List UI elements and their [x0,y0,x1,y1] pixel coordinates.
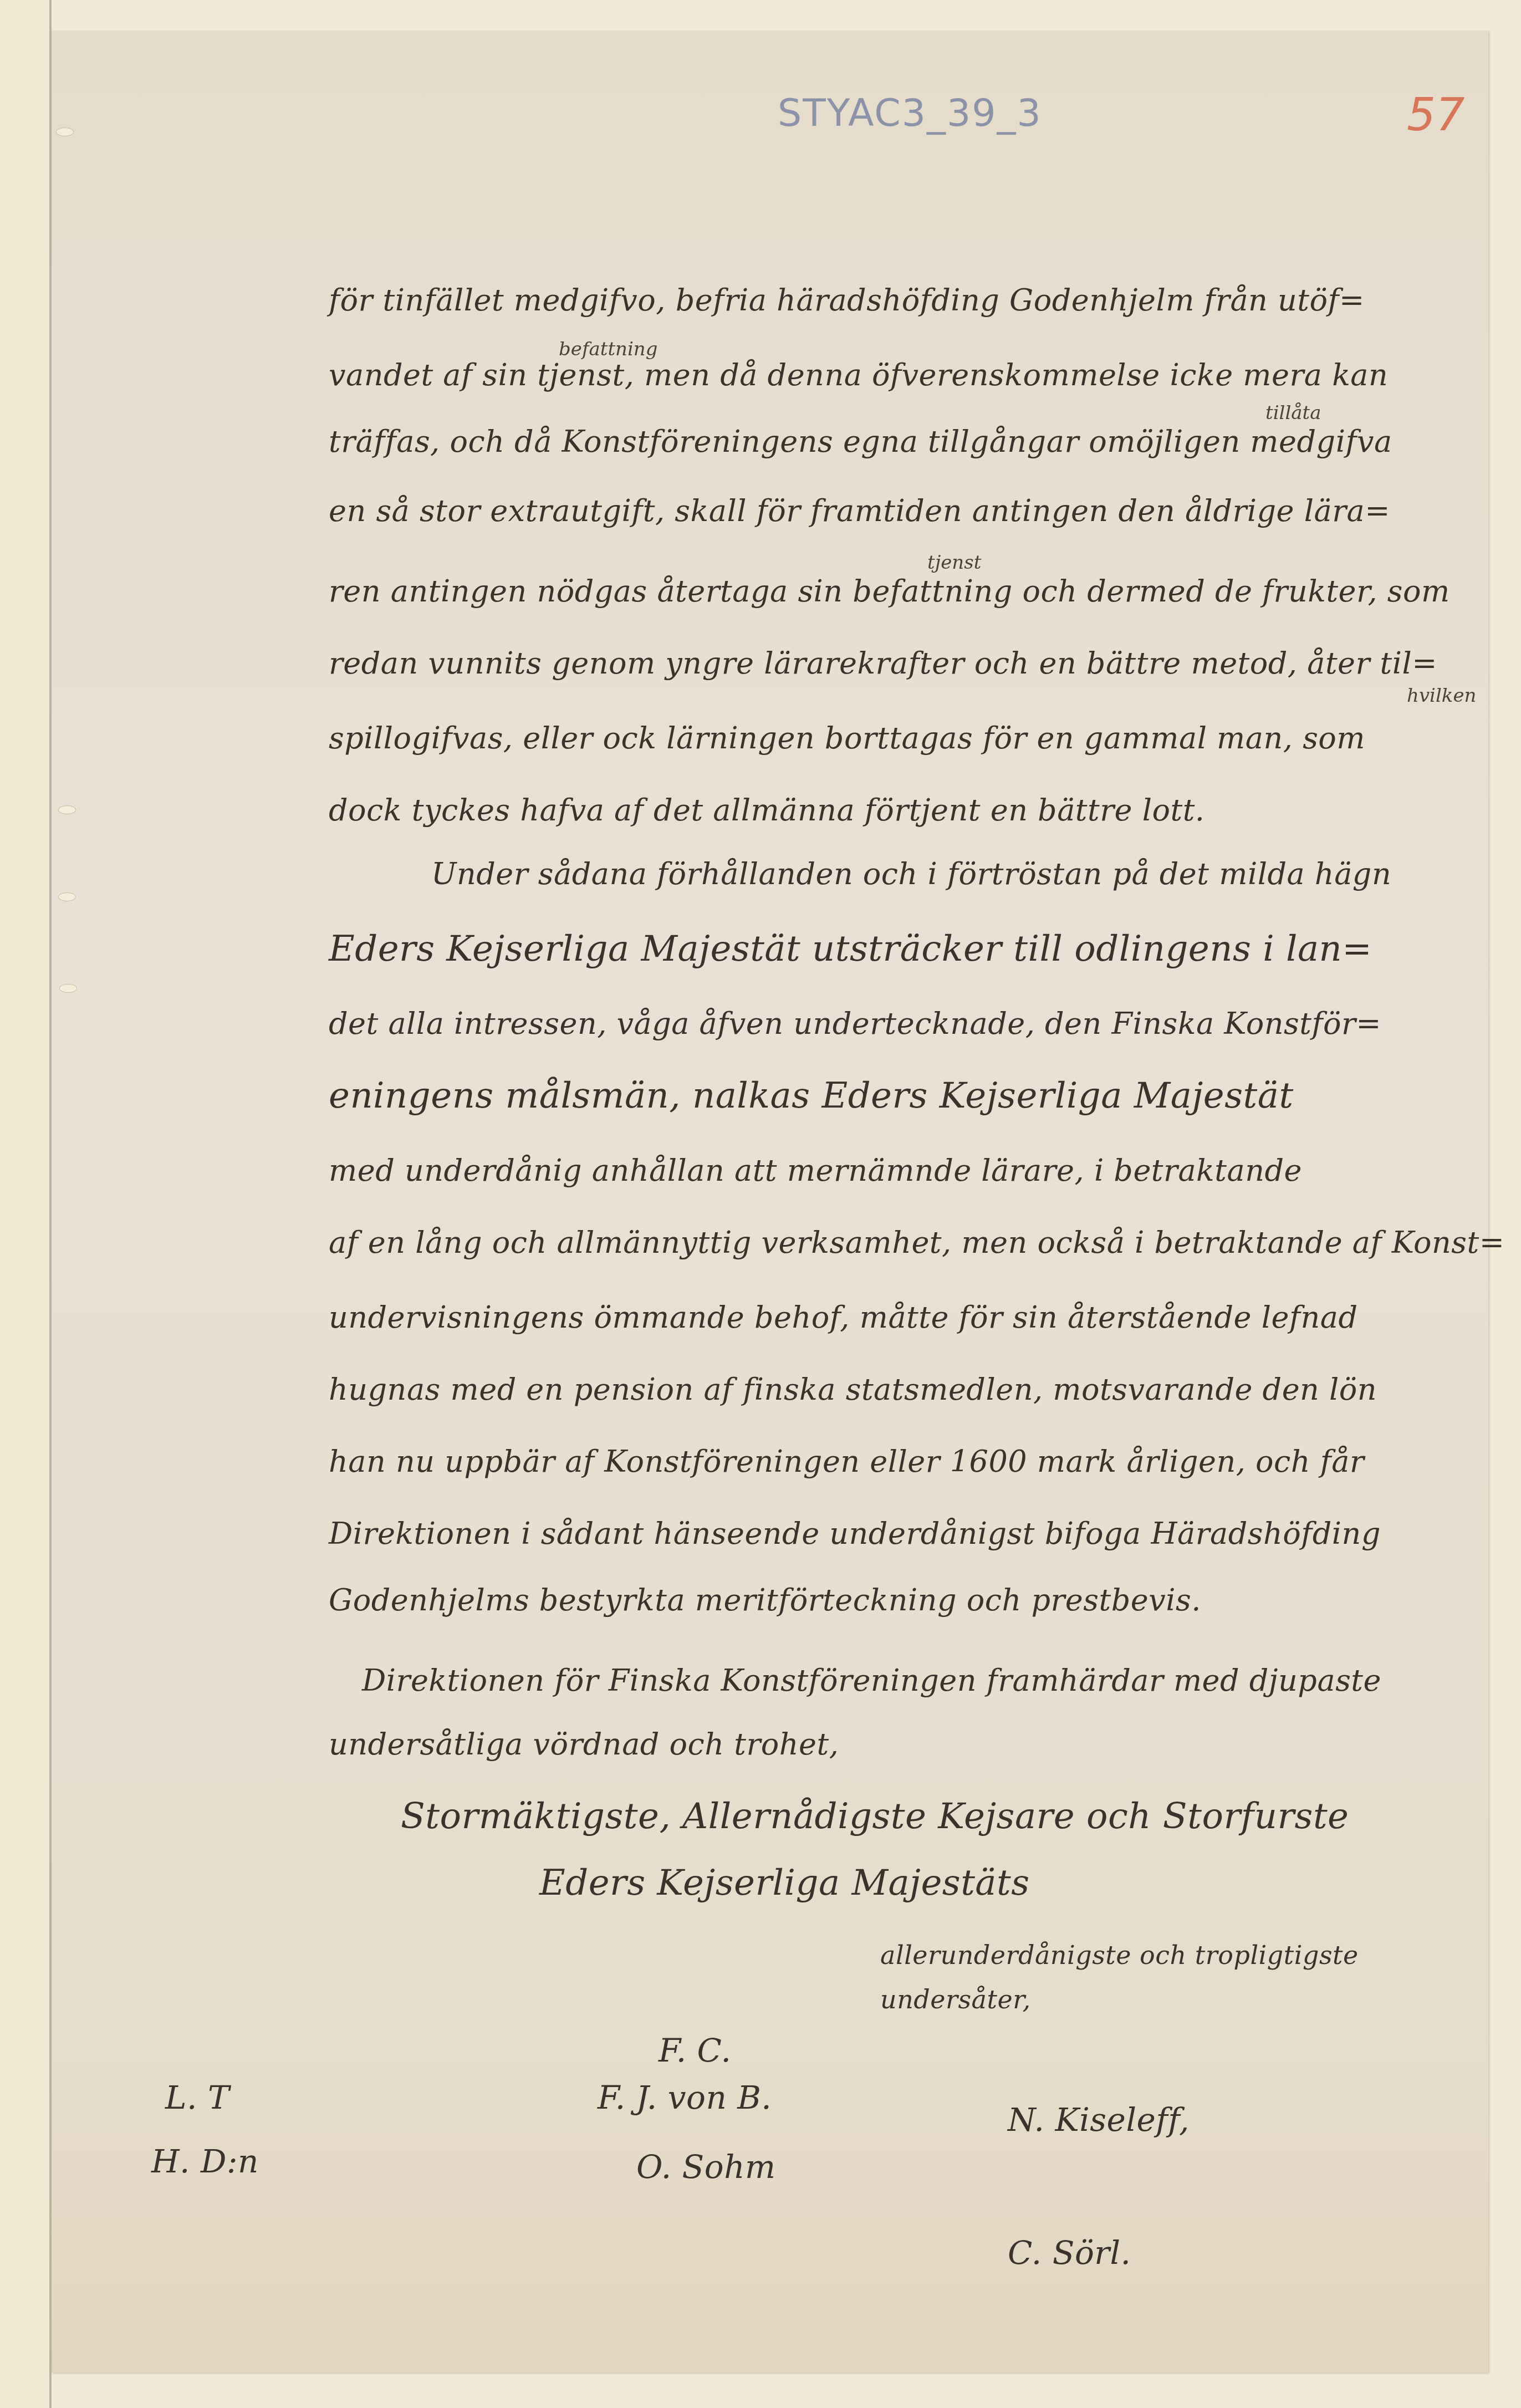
salutation-line: Stormäktigste, Allernådigste Kejsare och… [401,1796,1349,1837]
signature-left-1: L. T [165,2079,229,2116]
text-line: spillogifvas, eller ock lärningen bortta… [329,721,1365,756]
paper-tear [58,892,76,901]
interlinear-insertion: hvilken [1407,685,1476,707]
signature-left-2: H. D:n [151,2142,259,2180]
archive-mount-strip [0,0,52,2408]
closing-line: undersåter, [880,1984,1031,2014]
text-line: dock tyckes hafva af det allmänna förtje… [329,793,1205,828]
text-line: för tinfället medgifvo, befria häradshöf… [329,283,1365,318]
paper-tear [56,127,74,136]
text-line: Direktionen i sådant hänseende underdåni… [329,1516,1381,1551]
salutation-line: Eders Kejserliga Majestäts [539,1863,1030,1904]
signature-center-3: O. Sohm [636,2148,776,2186]
signature-center-1: F. C. [659,2032,731,2069]
interlinear-insertion: tillåta [1265,402,1321,424]
text-line: Direktionen för Finska Konstföreningen f… [362,1663,1381,1698]
paper-tear [58,805,76,814]
text-line: vandet af sin tjenst, men då denna öfver… [329,358,1388,392]
signature-right-2: C. Sörl. [1008,2234,1131,2272]
text-line: undervisningens ömmande behof, måtte för… [329,1300,1357,1335]
signature-right-1: N. Kiseleff, [1008,2101,1190,2139]
paper-tear [59,984,77,993]
text-line: ren antingen nödgas återtaga sin befattn… [329,574,1450,609]
signature-center-2: F. J. von B. [598,2079,772,2116]
text-line: Eders Kejserliga Majestät utsträcker til… [329,928,1372,970]
closing-line: allerunderdånigste och tropligtigste [880,1940,1359,1970]
archive-call-number: STYAC3_39_3 [778,91,1042,135]
text-line: af en lång och allmännyttig verksamhet, … [329,1225,1505,1260]
text-line: med underdånig anhållan att mernämnde lä… [329,1153,1302,1188]
text-line: han nu uppbär af Konstföreningen eller 1… [329,1444,1364,1479]
text-line: träffas, och då Konstföreningens egna ti… [329,424,1392,459]
text-line: undersåtliga vördnad och trohet, [329,1727,839,1762]
text-line: hugnas med en pension af finska statsmed… [329,1372,1377,1407]
text-line: Under sådana förhållanden och i förtröst… [431,856,1391,891]
text-line: det alla intressen, våga åfven underteck… [329,1006,1381,1041]
text-line: redan vunnits genom yngre lärarekrafter … [329,646,1437,681]
text-line: en så stor extrautgift, skall för framti… [329,493,1390,528]
interlinear-insertion: tjenst [927,552,981,574]
text-line: Godenhjelms bestyrkta meritförteckning o… [329,1583,1201,1618]
text-line: eningens målsmän, nalkas Eders Kejserlig… [329,1075,1294,1116]
manuscript-page: STYAC3_39_3 57 för tinfället medgifvo, b… [52,30,1488,2373]
interlinear-insertion: befattning [559,338,658,360]
folio-number: 57 [1407,89,1464,141]
